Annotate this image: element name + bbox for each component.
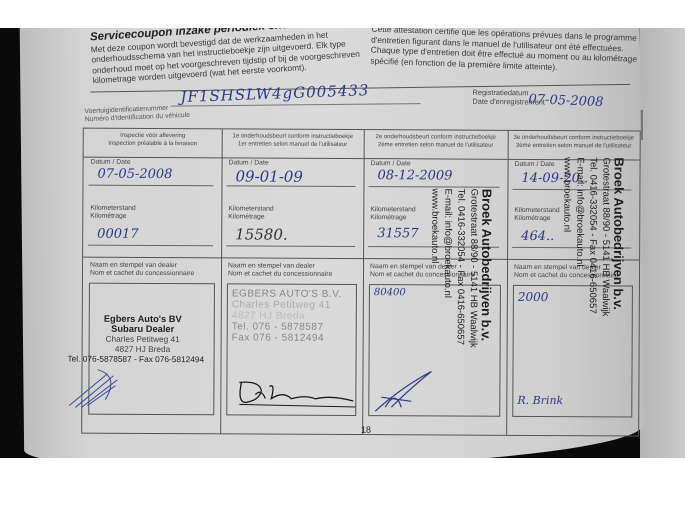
date-label: Datum / Date	[515, 161, 555, 169]
km-label-nl: Kilometerstand	[90, 205, 135, 213]
date-label: Datum / Date	[91, 159, 131, 167]
column-service-1: 1e onderhoudsbeurt conform instructieboe…	[220, 129, 365, 434]
km-label: KilometerstandKilométrage	[90, 205, 135, 221]
column-predelivery: Inspectie vóór aflevering Inspection pré…	[82, 129, 223, 434]
stamp-broek-col3: Broek Autobedrijven b.v. Grotestraat 88/…	[560, 157, 626, 316]
date-label: Datum / Date	[371, 160, 411, 168]
dealer-label: Naam en stempel van dealerNom et cachet …	[90, 262, 194, 279]
column-header-fr: 3ème entretien selon manuel de l'utilisa…	[508, 142, 640, 150]
service-grid: Inspectie vóór aflevering Inspection pré…	[81, 128, 641, 437]
booklet-page: Servicecoupon inzake periodiek onderhoud…	[20, 28, 645, 458]
km-value: 00017	[97, 227, 138, 242]
intro-nl: Servicecoupon inzake periodiek onderhoud…	[90, 28, 363, 86]
stamp-name: Broek Autobedrijven b.v.	[480, 189, 494, 348]
km-label-fr: Kilométrage	[228, 213, 273, 221]
handwritten-note: 2000	[518, 290, 549, 304]
date-label: Datum / Date	[229, 159, 269, 167]
dealer-label-fr: Nom et cachet du concessionnaire	[90, 270, 194, 279]
stamp-phone: Tel. 0416-332054 - Fax 0416-650657	[586, 157, 600, 316]
stamp-phone: Tel. 0416-332054 - Fax 0416-650657	[454, 189, 468, 348]
km-value: 31557	[377, 226, 418, 241]
stamp-tel: Tel. 076 - 5878587	[232, 321, 342, 333]
dealer-stamp-box: EGBERS AUTO'S B.V. Charles Petitweg 41 4…	[226, 283, 357, 416]
stamp-name: EGBERS AUTO'S B.V.	[232, 288, 342, 300]
bottom-margin	[0, 458, 685, 514]
date-line	[88, 185, 213, 187]
vin-value: JF1SHSLW4gG005433	[180, 81, 370, 106]
date-value: 09-01-09	[235, 167, 302, 185]
km-label: KilometerstandKilométrage	[514, 207, 559, 223]
column-header-fr: 1er entretien selon manuel de l'utilisat…	[222, 141, 364, 149]
km-label: KilometerstandKilométrage	[228, 205, 273, 221]
stamp-web: www.broekauto.nl	[560, 157, 574, 316]
divider	[83, 257, 221, 259]
stamp-egbers: Egbers Auto's BV Subaru Dealer Charles P…	[68, 314, 218, 365]
km-label-nl: Kilometerstand	[514, 207, 559, 215]
stamp-city: 4827 HJ Breda	[232, 310, 342, 322]
stamp-web: www.broekauto.nl	[428, 188, 442, 347]
page-number: 18	[361, 425, 371, 435]
column-service-3: 3e onderhoudsbeurt conform instructieboe…	[506, 131, 640, 436]
km-label-nl: Kilometerstand	[370, 206, 415, 214]
reg-value: 07-05-2008	[528, 92, 604, 110]
stamp-street: Grotestraat 88/90 - 5141 HB Waalwijk	[599, 157, 613, 316]
stamp-street: Charles Petitweg 41	[232, 299, 342, 311]
stamp-phone: Tel. 076-5878587 - Fax 076-5812494	[68, 354, 205, 365]
stamp-egbers-faded: EGBERS AUTO'S B.V. Charles Petitweg 41 4…	[232, 288, 342, 344]
column-header: 3e onderhoudsbeurt conform instructieboe…	[508, 131, 640, 161]
km-label-fr: Kilométrage	[370, 214, 415, 222]
stamp-fax: Fax 076 - 5812494	[232, 332, 342, 344]
column-header-fr: 2ème entretien selon manuel de l'utilisa…	[364, 142, 508, 150]
intro-fr: Cette attestation certifie que les opéra…	[370, 28, 641, 75]
intro-text-fr: Cette attestation certifie que les opéra…	[370, 28, 637, 72]
divider	[221, 257, 363, 259]
column-header: 2e onderhoudsbeurt conform instructieboe…	[364, 130, 508, 160]
stamp-name: Broek Autobedrijven b.v.	[612, 157, 626, 316]
facing-page	[640, 28, 685, 458]
column-service-2: 2e onderhoudsbeurt conform instructieboe…	[362, 130, 509, 435]
date-line	[226, 185, 355, 187]
km-value: 15580.	[235, 225, 288, 243]
km-value: 464..	[521, 229, 554, 244]
date-value: 08-12-2009	[377, 168, 452, 183]
column-header: Inspectie vóór aflevering Inspection pré…	[84, 129, 222, 159]
km-line	[226, 245, 355, 247]
column-header-nl: 2e onderhoudsbeurt conform instructieboe…	[364, 134, 508, 142]
km-label-fr: Kilométrage	[514, 215, 559, 223]
column-header-nl: 1e onderhoudsbeurt conform instructieboe…	[222, 133, 364, 141]
signature-scribble	[371, 367, 441, 413]
stamp-email: E-mail: info@broekauto.nl	[441, 188, 455, 347]
vin-label: Voertuigidentificatienummer Numéro d'ide…	[84, 104, 190, 124]
signature-brink: R. Brink	[517, 394, 563, 407]
dealer-stamp-box: Egbers Auto's BV Subaru Dealer Charles P…	[88, 283, 215, 416]
date-value: 07-05-2008	[97, 167, 172, 182]
signature-scribble	[67, 366, 127, 410]
column-header-nl: 3e onderhoudsbeurt conform instructieboe…	[508, 135, 640, 143]
km-line	[88, 245, 213, 247]
dealer-label: Naam en stempel van dealerNom et cachet …	[228, 262, 332, 279]
handwritten-note: 80400	[374, 287, 406, 298]
stamp-email: E-mail: info@broekauto.nl	[573, 157, 587, 316]
column-header: 1e onderhoudsbeurt conform instructieboe…	[222, 129, 364, 159]
dealer-label-fr: Nom et cachet du concessionnaire	[228, 270, 332, 279]
km-label-nl: Kilometerstand	[228, 205, 273, 213]
stamp-broek-col2: Broek Autobedrijven b.v. Grotestraat 88/…	[428, 188, 494, 347]
column-header-fr: Inspection préalable à la livraison	[84, 140, 222, 148]
signature-boeremans	[235, 376, 359, 411]
km-label-fr: Kilométrage	[90, 213, 135, 221]
km-label: KilometerstandKilométrage	[370, 206, 415, 222]
stamp-street: Grotestraat 88/90 - 5141 HB Waalwijk	[467, 189, 481, 348]
document-photo: Servicecoupon inzake periodiek onderhoud…	[0, 28, 685, 458]
